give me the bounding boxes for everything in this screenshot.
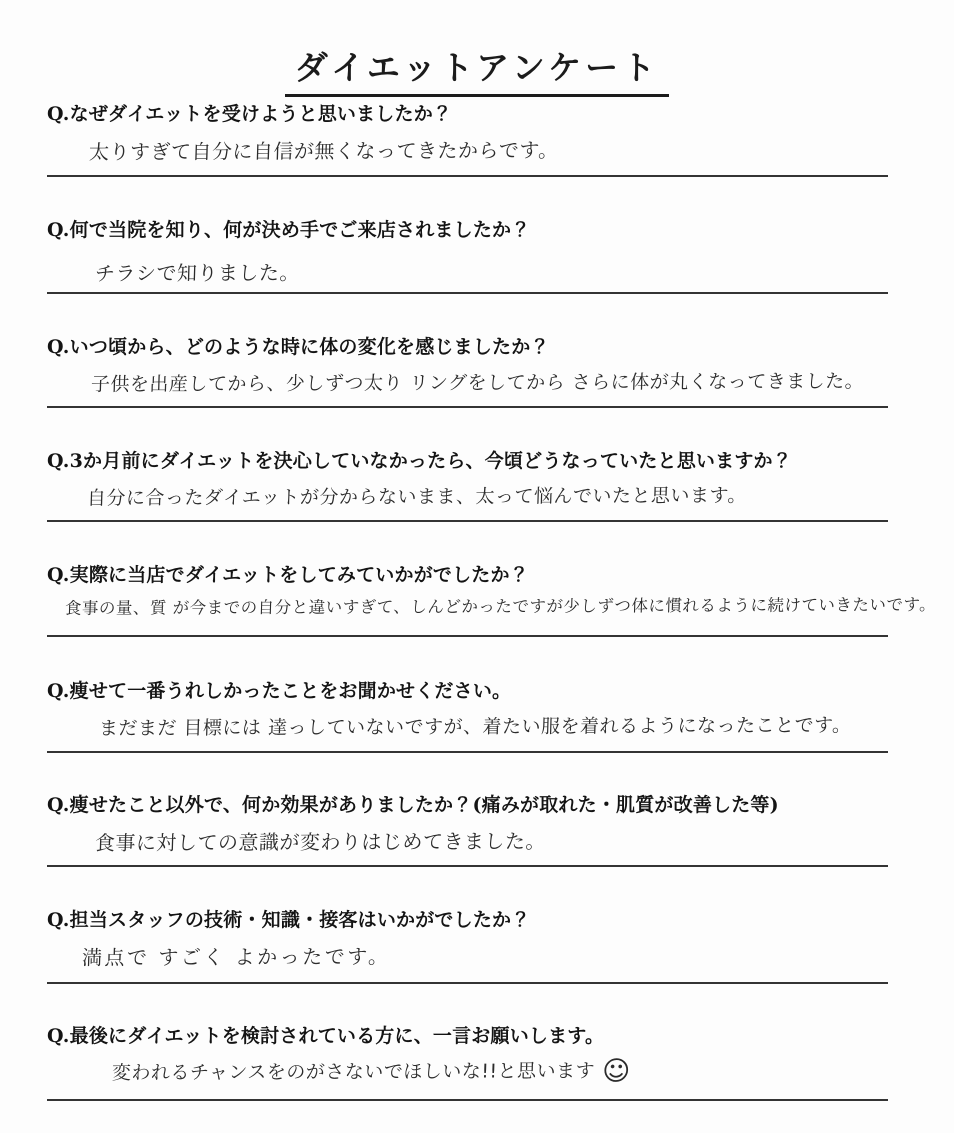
handwritten-answer: 変われるチャンスをのがさないでほしいな!!と思います☺ <box>112 1056 632 1087</box>
qa-section: Q.担当スタッフの技術・知識・接客はいかがでしたか？ 満点で すごく よかったで… <box>47 905 888 984</box>
qa-section: Q.いつ頃から、どのような時に体の変化を感じましたか？ 子供を出産してから、少し… <box>47 332 888 408</box>
handwritten-answer: 子供を出産してから、少しずつ太り リングをしてから さらに体が丸くなってきました… <box>91 366 865 396</box>
question-text: Q.3か月前にダイエットを決心していなかったら、今頃どうなっていたと思いますか？ <box>47 446 792 473</box>
survey-page: ダイエットアンケート Q.なぜダイエットを受けようと思いましたか？ 太りすぎて自… <box>0 0 954 1133</box>
separator-line <box>47 635 888 637</box>
handwritten-answer-text: 食事に対しての意識が変わりはじめてきました。 <box>95 829 547 855</box>
qa-section: Q.何で当院を知り、何が決め手でご来店されましたか？ チラシで知りました。 <box>47 215 888 294</box>
separator-line <box>47 406 888 408</box>
handwritten-answer: まだまだ 目標には 達っしていないですが、着たい服を着れるようになったことです。 <box>99 710 852 740</box>
question-text: Q.何で当院を知り、何が決め手でご来店されましたか？ <box>47 215 530 242</box>
separator-line <box>47 1099 888 1101</box>
question-text: Q.痩せたこと以外で、何か効果がありましたか？(痛みが取れた・肌質が改善した等) <box>47 790 779 817</box>
handwritten-answer-text: まだまだ 目標には 達っしていないですが、着たい服を着れるようになったことです。 <box>99 714 852 739</box>
question-text: Q.なぜダイエットを受けようと思いましたか？ <box>47 99 452 126</box>
page-title-text: ダイエットアンケート <box>285 42 669 97</box>
qa-section: Q.3か月前にダイエットを決心していなかったら、今頃どうなっていたと思いますか？… <box>47 446 888 522</box>
handwritten-answer: 食事に対しての意識が変わりはじめてきました。 <box>95 825 547 856</box>
handwritten-answer: チラシで知りました。 <box>95 257 301 287</box>
handwritten-answer-text: 太りすぎて自分に自信が無くなってきたからです。 <box>89 138 560 164</box>
qa-section: Q.最後にダイエットを検討されている方に、一言お願いします。 変われるチャンスを… <box>47 1021 888 1101</box>
separator-line <box>47 175 888 177</box>
separator-line <box>47 982 888 984</box>
handwritten-answer: 自分に合ったダイエットが分からないまま、太って悩んでいたと思います。 <box>87 481 748 511</box>
handwritten-answer: 太りすぎて自分に自信が無くなってきたからです。 <box>89 134 560 165</box>
qa-section: Q.痩せて一番うれしかったことをお聞かせください。 まだまだ 目標には 達っして… <box>47 676 888 753</box>
handwritten-answer: 満点で すごく よかったです。 <box>82 940 392 970</box>
question-text: Q.いつ頃から、どのような時に体の変化を感じましたか？ <box>47 332 550 359</box>
separator-line <box>47 292 888 294</box>
qa-section: Q.痩せたこと以外で、何か効果がありましたか？(痛みが取れた・肌質が改善した等)… <box>47 790 888 867</box>
question-text: Q.痩せて一番うれしかったことをお聞かせください。 <box>47 676 511 703</box>
handwritten-answer-text: 子供を出産してから、少しずつ太り リングをしてから さらに体が丸くなってきました… <box>91 370 865 395</box>
handwritten-answer-text: 変われるチャンスをのがさないでほしいな!!と思います <box>112 1060 596 1084</box>
separator-line <box>47 751 888 753</box>
handwritten-answer-text: 満点で すごく よかったです。 <box>82 944 391 969</box>
separator-line <box>47 520 888 522</box>
separator-line <box>47 865 888 867</box>
handwritten-answer: 食事の量、質 が今までの自分と違いすぎて、しんどかったですが少しずつ体に慣れるよ… <box>65 591 937 619</box>
question-text: Q.最後にダイエットを検討されている方に、一言お願いします。 <box>47 1021 604 1048</box>
handwritten-answer-text: 食事の量、質 が今までの自分と違いすぎて、しんどかったですが少しずつ体に慣れるよ… <box>65 595 937 618</box>
qa-section: Q.なぜダイエットを受けようと思いましたか？ 太りすぎて自分に自信が無くなってき… <box>47 99 888 177</box>
question-text: Q.担当スタッフの技術・知識・接客はいかがでしたか？ <box>47 905 530 932</box>
qa-section: Q.実際に当店でダイエットをしてみていかがでしたか？ 食事の量、質 が今までの自… <box>47 560 888 637</box>
handwritten-answer-text: チラシで知りました。 <box>95 261 301 286</box>
smiley-icon: ☺ <box>602 1058 631 1085</box>
page-title: ダイエットアンケート <box>0 42 954 97</box>
question-text: Q.実際に当店でダイエットをしてみていかがでしたか？ <box>47 560 529 587</box>
handwritten-answer-text: 自分に合ったダイエットが分からないまま、太って悩んでいたと思います。 <box>87 485 748 510</box>
